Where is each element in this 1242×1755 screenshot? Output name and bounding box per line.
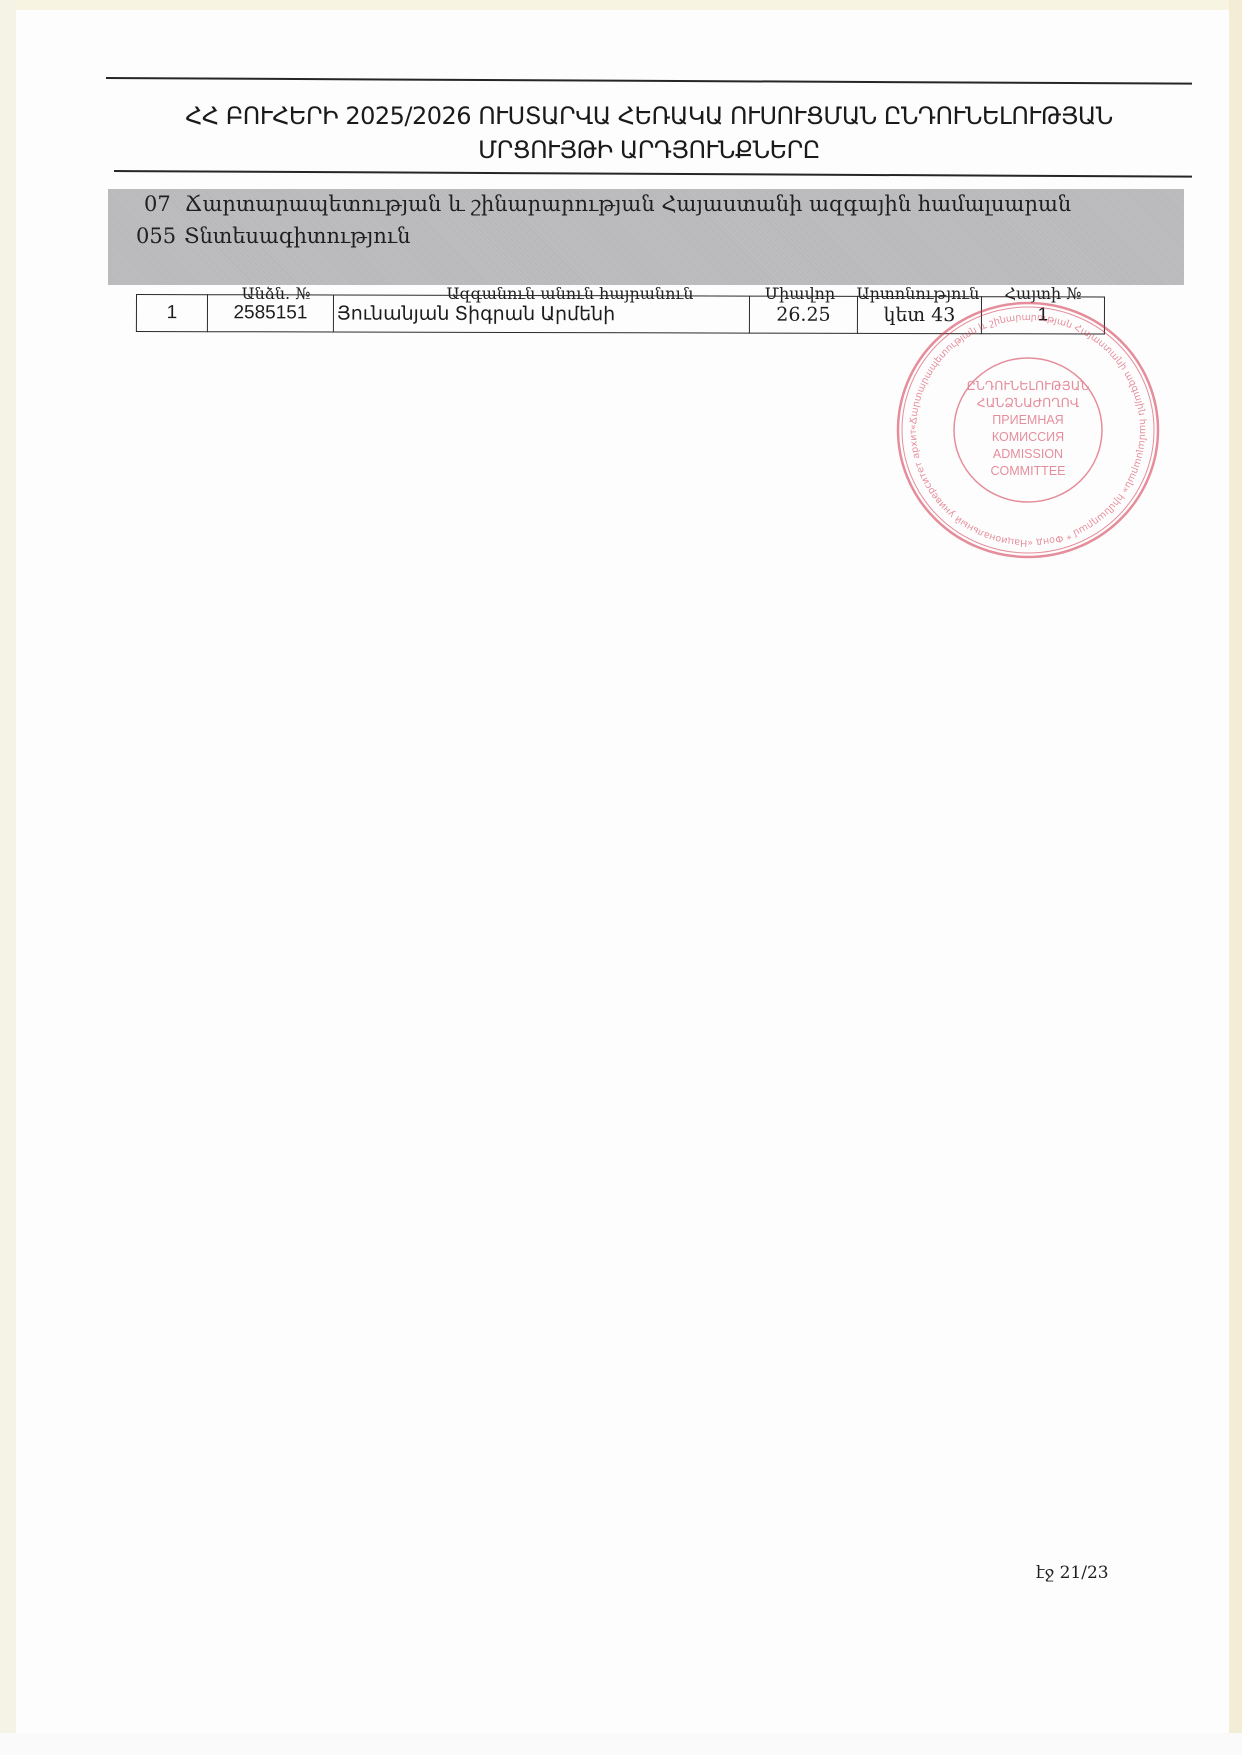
scan-edge-bottom <box>0 1733 1242 1755</box>
university-name: Ճարտարապետության և շինարարության Հայաստա… <box>185 192 1072 216</box>
title-rule-bottom <box>114 170 1192 178</box>
specialty-code: 055 <box>136 224 176 248</box>
row-index: 1 <box>136 295 207 332</box>
svg-text:ԸՆԴՈՒՆԵԼՈՒԹՅԱՆ: ԸՆԴՈՒՆԵԼՈՒԹՅԱՆ <box>967 379 1090 393</box>
admission-committee-stamp-icon: «Ճարտարապետության և շինարարության Հայաստ… <box>893 298 1163 562</box>
page-number: էջ 21/23 <box>1036 1563 1109 1583</box>
document-title-line1: ՀՀ ԲՈՒՀԵՐԻ 2025/2026 ՈՒՍՏԱՐՎԱ ՀԵՌԱԿԱ ՈՒՍ… <box>106 100 1192 132</box>
applicant-score: 26.25 <box>749 296 857 333</box>
svg-text:ADMISSION: ADMISSION <box>993 447 1063 461</box>
scan-edge-left <box>0 0 16 1755</box>
scan-edge-right <box>1229 0 1242 1735</box>
document-title-line2: ՄՐՑՈՒՅԹԻ ԱՐԴՅՈՒՆՔՆԵՐԸ <box>106 134 1192 166</box>
university-code: 07 <box>144 192 171 216</box>
university-line: 07Ճարտարապետության և շինարարության Հայաս… <box>144 192 1071 216</box>
svg-text:COMMITTEE: COMMITTEE <box>991 464 1066 478</box>
svg-text:ՀԱՆՁՆԱԺՈՂՈՎ: ՀԱՆՁՆԱԺՈՂՈՎ <box>977 396 1080 410</box>
specialty-line: 055Տնտեսագիտություն <box>136 224 410 248</box>
scan-edge-top <box>0 0 1242 10</box>
specialty-name: Տնտեսագիտություն <box>184 224 410 248</box>
svg-text:КОМИССИЯ: КОМИССИЯ <box>992 430 1064 444</box>
applicant-full-name: Յունանյան Տիգրան Արմենի <box>333 295 749 333</box>
applicant-id: 2585151 <box>207 295 333 332</box>
svg-text:ПРИЕМНАЯ: ПРИЕМНАЯ <box>992 413 1063 427</box>
title-rule-top <box>106 77 1192 85</box>
